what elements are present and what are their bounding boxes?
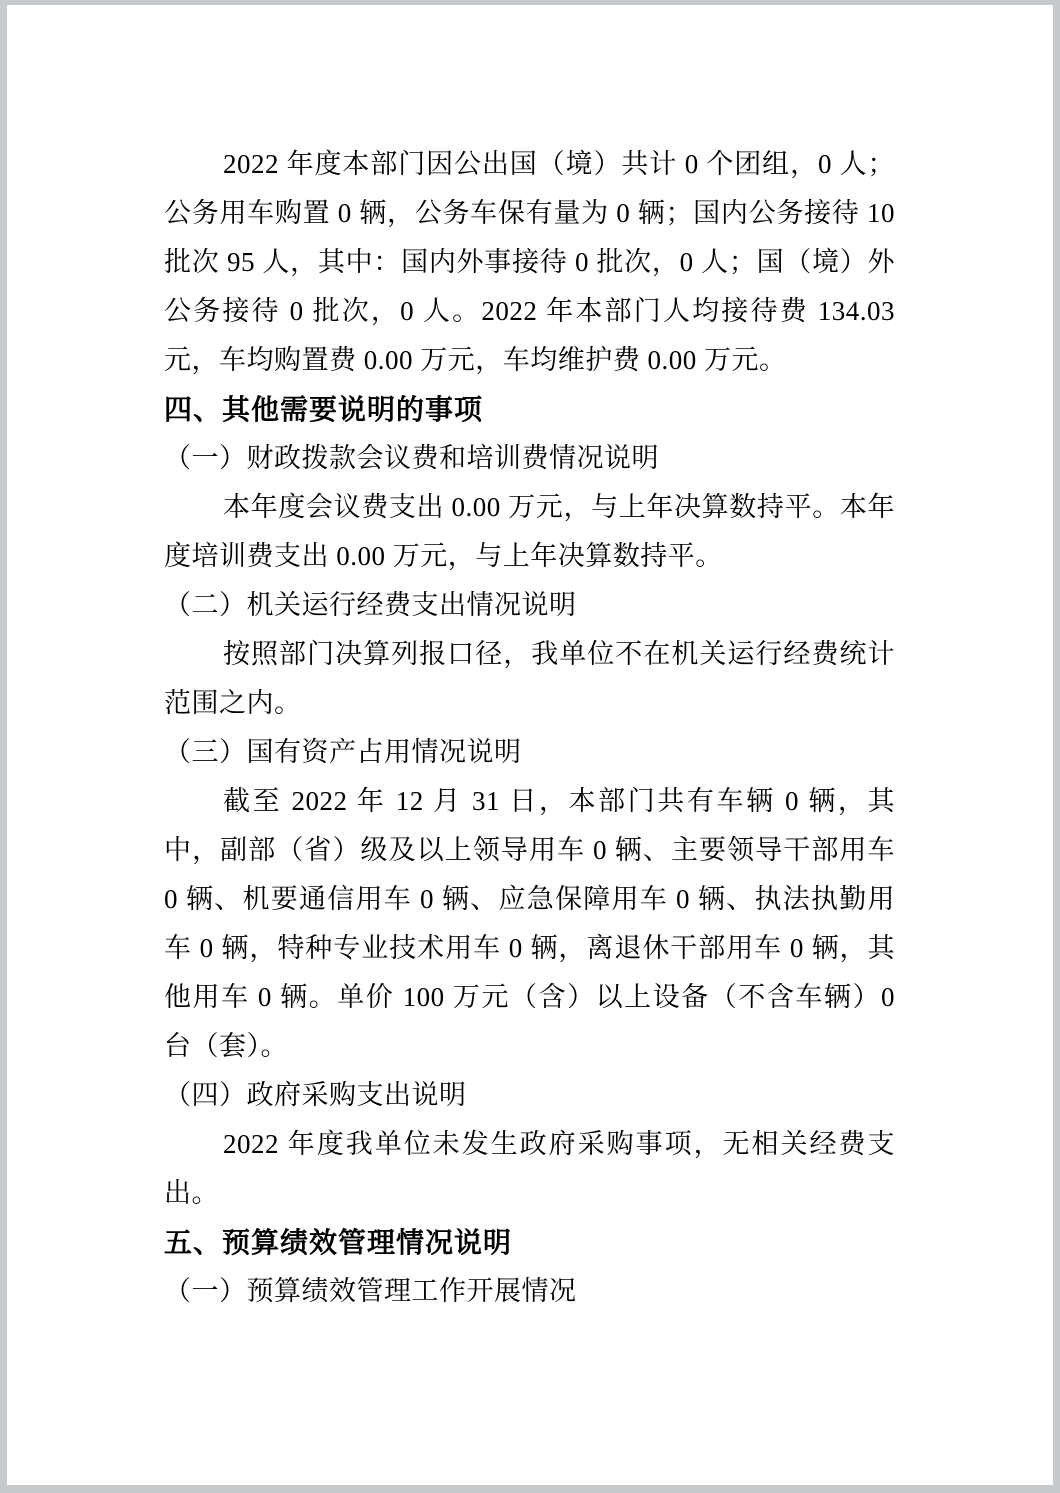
subheading-2-operating-expenses: （二）机关运行经费支出情况说明 [164, 581, 895, 630]
paragraph-government-procurement: 2022 年度我单位未发生政府采购事项，无相关经费支出。 [164, 1120, 895, 1218]
subheading-3-state-assets: （三）国有资产占用情况说明 [164, 728, 895, 777]
subheading-1-budget-performance-work: （一）预算绩效管理工作开展情况 [164, 1267, 895, 1316]
paragraph-official-travel-stats: 2022 年度本部门因公出国（境）共计 0 个团组，0 人；公务用车购置 0 辆… [164, 140, 895, 385]
subheading-1-meeting-training-fees: （一）财政拨款会议费和培训费情况说明 [164, 434, 895, 483]
document-content: 2022 年度本部门因公出国（境）共计 0 个团组，0 人；公务用车购置 0 辆… [7, 5, 1053, 1316]
subheading-4-government-procurement: （四）政府采购支出说明 [164, 1071, 895, 1120]
heading-section-4-other-matters: 四、其他需要说明的事项 [164, 385, 895, 434]
paragraph-operating-expenses: 按照部门决算列报口径，我单位不在机关运行经费统计范围之内。 [164, 630, 895, 728]
viewer-background: { "page": { "frame_color": "#c6cacd", "p… [0, 0, 1060, 1493]
heading-section-5-budget-performance: 五、预算绩效管理情况说明 [164, 1218, 895, 1267]
paragraph-state-assets: 截至 2022 年 12 月 31 日，本部门共有车辆 0 辆，其中，副部（省）… [164, 777, 895, 1071]
document-page: 2022 年度本部门因公出国（境）共计 0 个团组，0 人；公务用车购置 0 辆… [7, 5, 1053, 1485]
paragraph-meeting-training-fees: 本年度会议费支出 0.00 万元，与上年决算数持平。本年度培训费支出 0.00 … [164, 483, 895, 581]
